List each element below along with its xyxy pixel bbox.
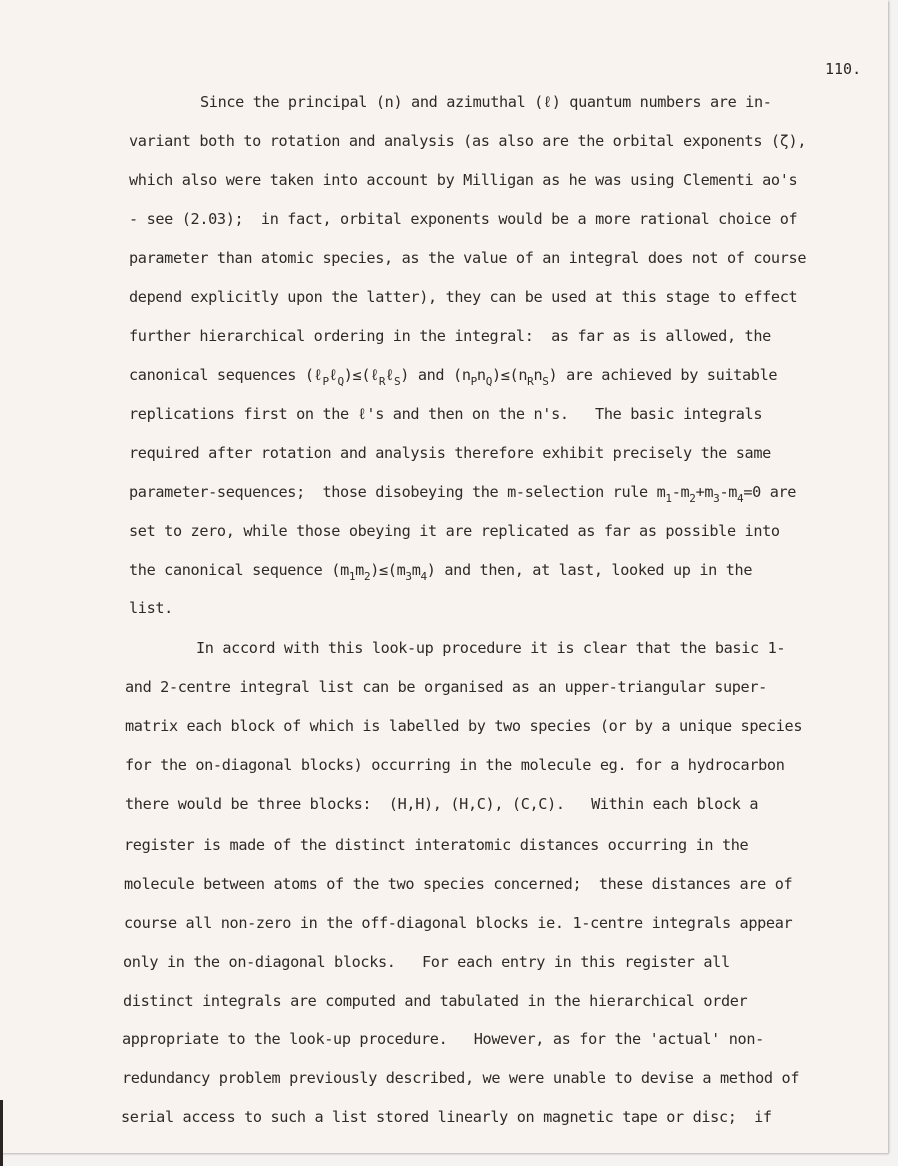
scan-edge: [0, 1100, 3, 1166]
text-line: which also were taken into account by Mi…: [129, 170, 797, 190]
text-line: only in the on-diagonal blocks. For each…: [123, 952, 730, 972]
text-line: replications first on the ℓ's and then o…: [129, 404, 762, 424]
text-line: redundancy problem previously described,…: [122, 1068, 799, 1088]
document-page: 110. Since the principal (n) and azimuth…: [0, 0, 888, 1153]
text-line-canonical-sequences: canonical sequences (ℓPℓQ)≤(ℓRℓS) and (n…: [129, 365, 777, 385]
text-line: In accord with this look-up procedure it…: [196, 638, 785, 658]
text-line: Since the principal (n) and azimuthal (ℓ…: [200, 92, 772, 112]
text-line: further hierarchical ordering in the int…: [129, 326, 771, 346]
page-number: 110.: [825, 60, 861, 78]
text-line: parameter than atomic species, as the va…: [129, 248, 806, 268]
text-line: set to zero, while those obeying it are …: [129, 521, 780, 541]
text-line: - see (2.03); in fact, orbital exponents…: [129, 209, 797, 229]
text-line: distinct integrals are computed and tabu…: [123, 991, 747, 1011]
text-line: for the on-diagonal blocks) occurring in…: [125, 755, 785, 775]
text-line: register is made of the distinct interat…: [124, 835, 748, 855]
text-line: there would be three blocks: (H,H), (H,C…: [125, 794, 758, 814]
text-line: variant both to rotation and analysis (a…: [129, 131, 806, 151]
text-line: appropriate to the look-up procedure. Ho…: [122, 1029, 764, 1049]
text-line: and 2-centre integral list can be organi…: [125, 677, 767, 697]
text-line: matrix each block of which is labelled b…: [125, 716, 802, 736]
text-line: required after rotation and analysis the…: [129, 443, 771, 463]
text-line: serial access to such a list stored line…: [121, 1107, 772, 1127]
text-line: course all non-zero in the off-diagonal …: [124, 913, 792, 933]
text-line: molecule between atoms of the two specie…: [124, 874, 792, 894]
text-line-selection-rule: parameter-sequences; those disobeying th…: [129, 482, 796, 502]
text-line: depend explicitly upon the latter), they…: [129, 287, 797, 307]
text-line-canonical-m: the canonical sequence (m1m2)≤(m3m4) and…: [129, 560, 752, 580]
text-line: list.: [129, 598, 173, 618]
